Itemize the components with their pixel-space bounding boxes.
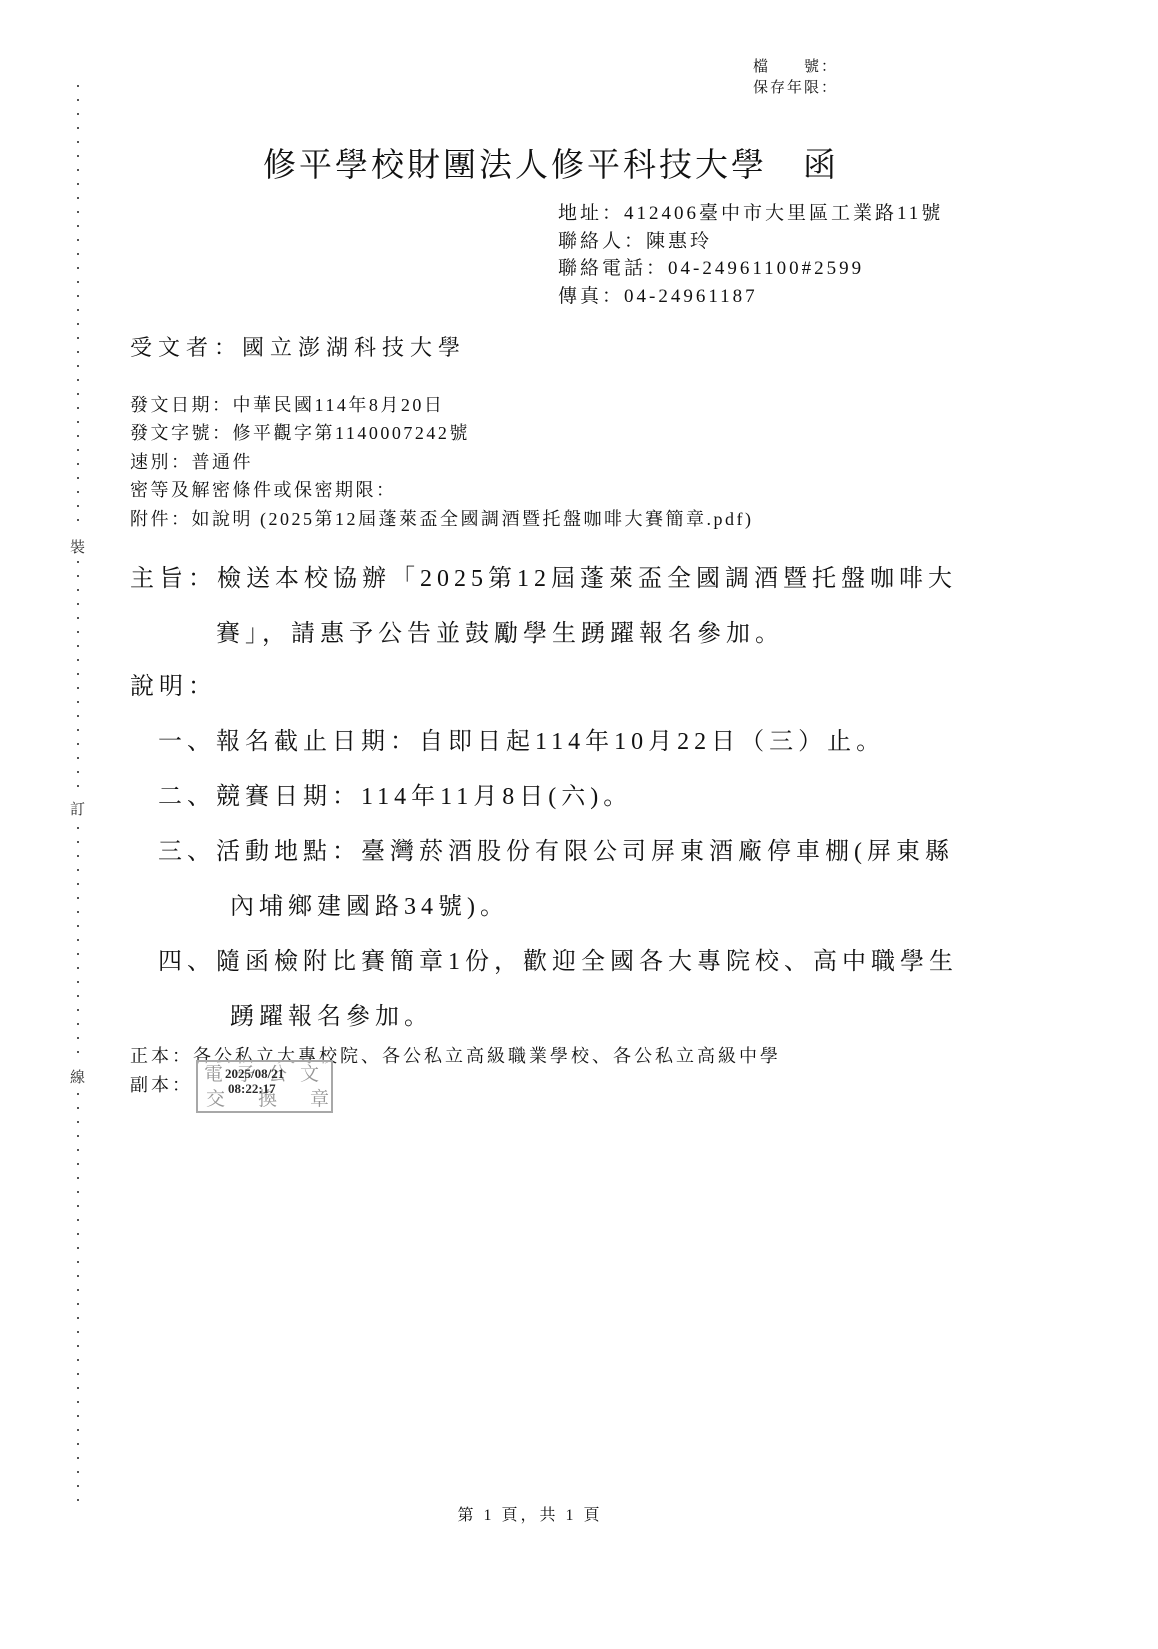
recipient-line: 受文者：國立澎湖科技大學	[130, 331, 466, 362]
binding-mark-zhuang: 裝	[70, 533, 85, 560]
subject-row: 主旨：檢送本校協辦「2025第12屆蓬萊盃全國調酒暨托盤咖啡大	[130, 558, 957, 593]
item-text: 活動地點：臺灣菸酒股份有限公司屏東酒廠停車棚(屏東縣	[216, 831, 954, 866]
binding-mark-ding: 訂	[70, 795, 85, 822]
explanation-item-3-continued: 內埔鄉建國路34號)。	[230, 886, 509, 921]
explanation-item-1: 一、報名截止日期：自即日起114年10月22日（三）止。	[158, 721, 885, 756]
page-number-footer: 第 1 頁，共 1 頁	[380, 1502, 680, 1525]
sender-contact-person: 聯絡人：陳惠玲	[558, 226, 712, 253]
item-number: 一、	[158, 721, 216, 756]
sender-phone: 聯絡電話：04-24961100#2599	[558, 253, 864, 280]
subject-text-line1: 檢送本校協辦「2025第12屆蓬萊盃全國調酒暨托盤咖啡大	[217, 558, 957, 593]
stamp-date: 2025/08/21	[225, 1066, 284, 1082]
item-text: 報名截止日期：自即日起114年10月22日（三）止。	[216, 721, 885, 756]
item-number: 二、	[158, 776, 216, 811]
priority-line: 速別：普通件	[130, 448, 253, 474]
sender-fax: 傳真：04-24961187	[558, 281, 758, 308]
explanation-item-3: 三、活動地點：臺灣菸酒股份有限公司屏東酒廠停車棚(屏東縣	[158, 831, 954, 866]
sender-address: 地址：412406臺中市大里區工業路11號	[558, 198, 943, 225]
copy-recipients-label: 副本：	[130, 1071, 193, 1097]
item-number: 四、	[158, 941, 216, 976]
explanation-label: 說明：	[130, 666, 217, 701]
security-classification-line: 密等及解密條件或保密期限：	[130, 476, 397, 502]
item-text: 競賽日期：114年11月8日(六)。	[216, 776, 632, 811]
explanation-item-4-continued: 踴躍報名參加。	[230, 996, 433, 1031]
retention-period-label: 保存年限：	[753, 76, 838, 97]
file-number-label: 檔 號：	[753, 55, 838, 76]
item-text: 隨函檢附比賽簡章1份，歡迎全國各大專院校、高中職學生	[216, 941, 958, 976]
explanation-item-2: 二、競賽日期：114年11月8日(六)。	[158, 776, 632, 811]
issue-date-line: 發文日期：中華民國114年8月20日	[130, 391, 444, 417]
subject-label: 主旨：	[130, 558, 217, 593]
document-title: 修平學校財團法人修平科技大學 函	[263, 139, 839, 186]
attachment-line: 附件：如說明 (2025第12屆蓬萊盃全國調酒暨托盤咖啡大賽簡章.pdf)	[130, 505, 753, 531]
binding-mark-xian: 線	[70, 1063, 85, 1090]
document-number-line: 發文字號：修平觀字第1140007242號	[130, 419, 470, 445]
document-page: 檔 號： 保存年限： 修平學校財團法人修平科技大學 函 地址：412406臺中市…	[0, 0, 1158, 1649]
subject-text-line2: 賽」，請惠予公告並鼓勵學生踴躍報名參加。	[216, 613, 784, 648]
explanation-item-4: 四、隨函檢附比賽簡章1份，歡迎全國各大專院校、高中職學生	[158, 941, 958, 976]
stamp-time: 08:22:17	[228, 1081, 276, 1097]
item-number: 三、	[158, 831, 216, 866]
